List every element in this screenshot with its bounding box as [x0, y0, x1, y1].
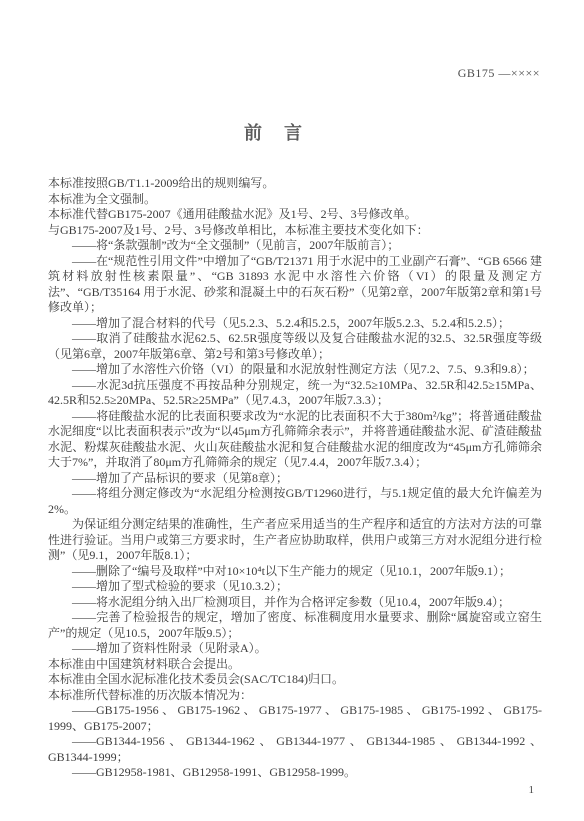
page-number: 1	[529, 784, 535, 796]
paragraph: 本标准所代替标准的历次版本情况为：	[48, 688, 542, 704]
paragraph: ——增加了型式检验的要求（见10.3.2）；	[48, 579, 542, 595]
paragraph: ——将硅酸盐水泥的比表面积要求改为“水泥的比表面积不大于380m²/kg”；将普…	[48, 409, 542, 471]
paragraph: ——增加了资料性附录（见附录A）。	[48, 641, 542, 657]
paragraph: 本标准由中国建筑材料联合会提出。	[48, 657, 542, 673]
paragraph: ——增加了产品标识的要求（见第8章）；	[48, 471, 542, 487]
paragraph: ——水泥3d抗压强度不再按品种分别规定，统一为“32.5≥10MPa、32.5R…	[48, 378, 542, 409]
paragraph: ——将“条款强制”改为“全文强制”（见前言，2007年版前言）；	[48, 238, 542, 254]
preface-body: 本标准按照GB/T1.1-2009给出的规则编写。 本标准为全文强制。 本标准代…	[48, 176, 542, 781]
paragraph: ——增加了混合材料的代号（见5.2.3、5.2.4和5.2.5，2007年版5.…	[48, 316, 542, 332]
paragraph: ——GB1344-1956、GB1344-1962、GB1344-1977、GB…	[48, 734, 542, 765]
paragraph: ——将水泥组分纳入出厂检测项目，并作为合格评定参数（见10.4，2007年版9.…	[48, 595, 542, 611]
standard-number: GB175 —××××	[458, 66, 540, 81]
paragraph: ——GB175-1956、GB175-1962、GB175-1977、GB175…	[48, 703, 542, 734]
paragraph: 为保证组分测定结果的准确性，生产者应采用适当的生产程序和适宜的方法对方法的可靠性…	[48, 517, 542, 564]
paragraph: ——取消了硅酸盐水泥62.5、62.5R强度等级以及复合硅酸盐水泥的32.5、3…	[48, 331, 542, 362]
paragraph: ——GB12958-1981、GB12958-1991、GB12958-1999…	[48, 765, 542, 781]
paragraph: ——完善了检验报告的规定，增加了密度、标准稠度用水量要求、删除“属旋窑或立窑生产…	[48, 610, 542, 641]
paragraph: ——在“规范性引用文件”中增加了“GB/T21371 用于水泥中的工业副产石膏”…	[48, 254, 542, 316]
paragraph: 本标准按照GB/T1.1-2009给出的规则编写。	[48, 176, 542, 192]
paragraph: ——删除了“编号及取样”中对10×10⁴t以下生产能力的规定（见10.1，200…	[48, 564, 542, 580]
document-page: GB175 —×××× 前 言 本标准按照GB/T1.1-2009给出的规则编写…	[0, 0, 584, 821]
paragraph: ——增加了水溶性六价铬（VI）的限量和水泥放射性测定方法（见7.2、7.5、9.…	[48, 362, 542, 378]
paragraph: 本标准代替GB175-2007《通用硅酸盐水泥》及1号、2号、3号修改单。	[48, 207, 542, 223]
paragraph: ——将组分测定修改为“水泥组分检测按GB/T12960进行，与5.1规定值的最大…	[48, 486, 542, 517]
paragraph: 本标准由全国水泥标准化技术委员会(SAC/TC184)归口。	[48, 672, 542, 688]
paragraph: 与GB175-2007及1号、2号、3号修改单相比，本标准主要技术变化如下：	[48, 223, 542, 239]
paragraph: 本标准为全文强制。	[48, 192, 542, 208]
page-title: 前 言	[0, 119, 548, 145]
